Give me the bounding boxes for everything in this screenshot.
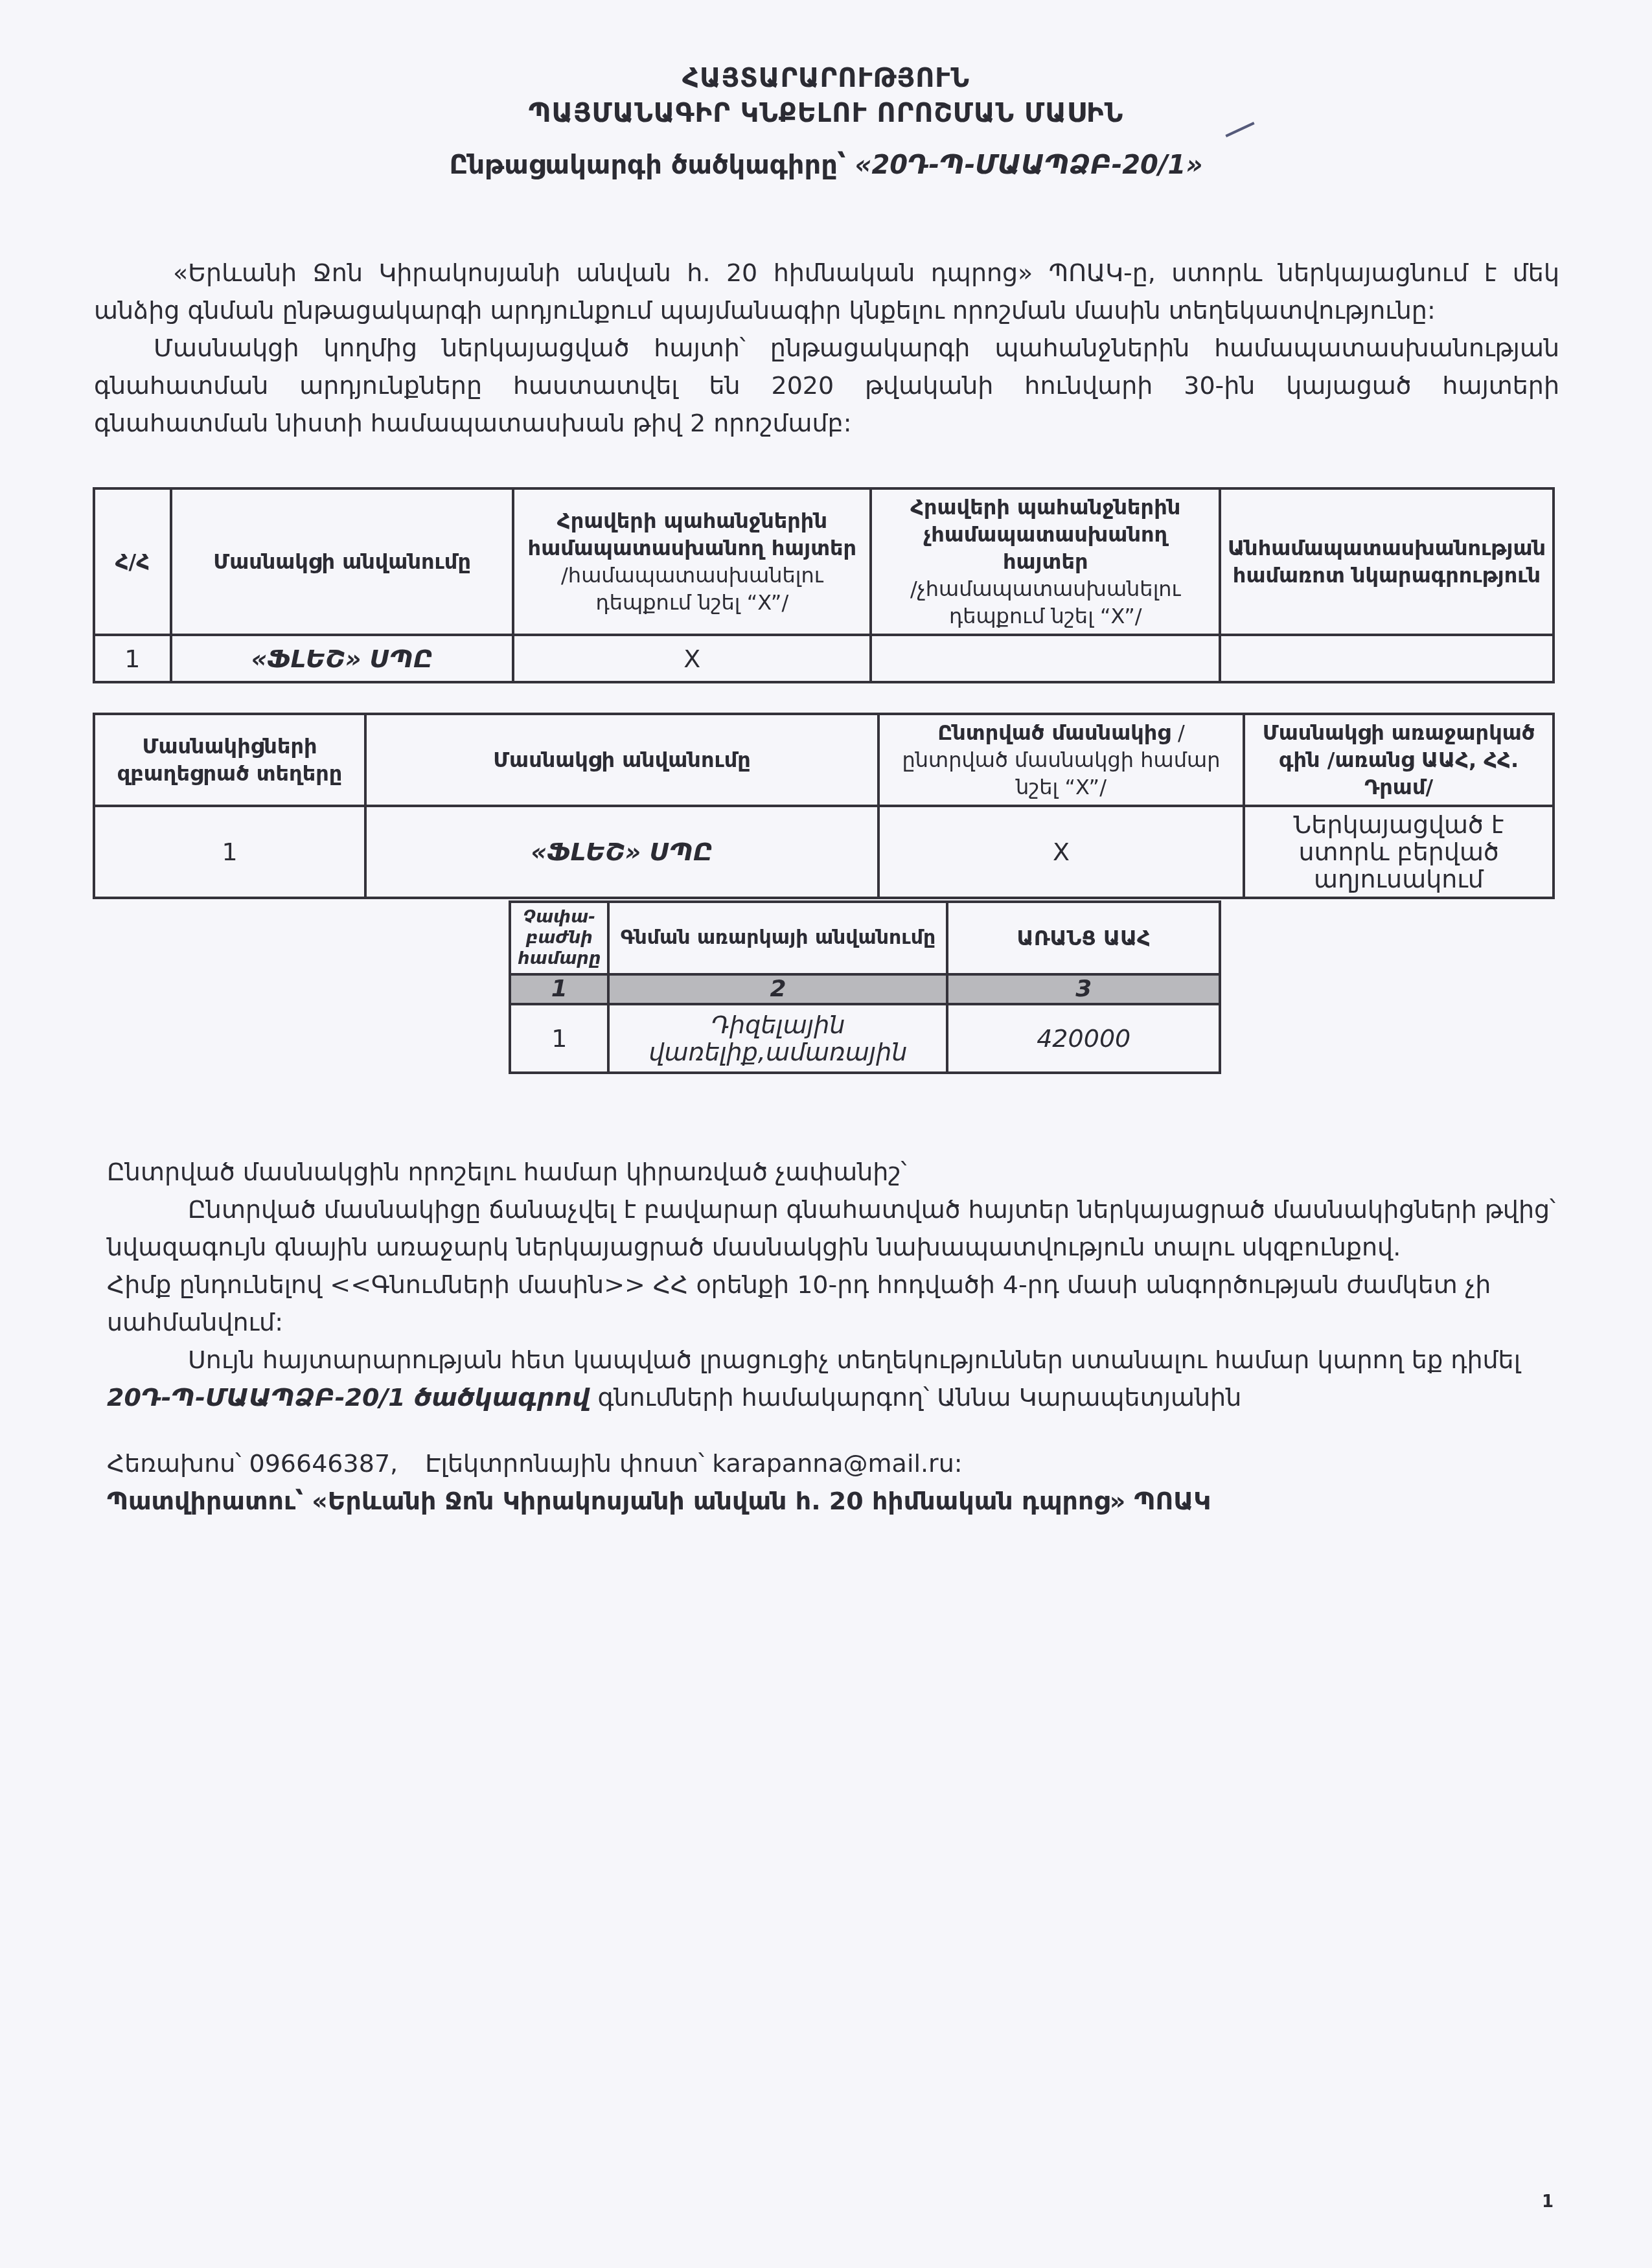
intro-text: «Երևանի Ջոն Կիրակոսյանի անվան հ. 20 հիմն… xyxy=(94,254,1559,442)
procedure-code-label: Ընթացակարգի ծածկագիրը՝ xyxy=(450,150,846,180)
customer-value: «Երևանի Ջոն Կիրակոսյանի անվան հ. 20 հիմն… xyxy=(312,1487,1211,1515)
cell-description xyxy=(1220,635,1554,682)
cell-noncompliant xyxy=(871,635,1220,682)
header-price-no-vat: ԱՌԱՆՑ ԱԱՀ xyxy=(947,902,1220,974)
table-header-row: Մասնակիցների զբաղեցրած տեղերը Մասնակցի ա… xyxy=(94,714,1554,806)
intro-line: գնահատման նիստի համապատասխան թիվ 2 որոշմ… xyxy=(94,404,1559,442)
header-noncompliant-title: Հրավերի պահանջներին չհամապատասխանող հայտ… xyxy=(878,494,1212,575)
cell-lot-number: 1 xyxy=(510,1004,608,1073)
procedure-code-reference: 20Դ-Պ-ՄԱԱՊՁԲ-20/1 ծածկագրով xyxy=(107,1383,590,1412)
table-index-row: 1 2 3 xyxy=(510,974,1220,1004)
header-description: Անհամապատասխանության համառոտ նկարագրությ… xyxy=(1220,488,1554,635)
criteria-line: նվազագույն գնային առաջարկ ներկայացրած մա… xyxy=(107,1228,1558,1266)
header-participant-name: Մասնակցի անվանումը xyxy=(365,714,878,806)
customer-label: Պատվիրատու՝ xyxy=(107,1487,303,1515)
table-header-row: Հ/Հ Մասնակցի անվանումը Հրավերի պահանջներ… xyxy=(94,488,1554,635)
table-row: 1 «ՖԼԵՇ» ՍՊԸ X xyxy=(94,635,1554,682)
cell-participant-name: «ՖԼԵՇ» ՍՊԸ xyxy=(171,635,513,682)
intro-line: Մասնակցի կողմից ներկայացված հայտի՝ ընթաց… xyxy=(94,329,1559,367)
procedure-code-value: «20Դ-Պ-ՄԱԱՊՁԲ-20/1» xyxy=(855,150,1202,180)
criteria-line: Ընտրված մասնակիցը ճանաչվել է բավարար գնա… xyxy=(107,1191,1558,1228)
criteria-line: 20Դ-Պ-ՄԱԱՊՁԲ-20/1 ծածկագրով գնումների հա… xyxy=(107,1379,1558,1416)
header-participant-name: Մասնակցի անվանումը xyxy=(171,488,513,635)
table-row: 1 Դիզելային վառելիք,ամառային 420000 xyxy=(510,1004,1220,1073)
table-row: 1 «ՖԼԵՇ» ՍՊԸ X Ներկայացված է ստորև բերվա… xyxy=(94,806,1554,898)
intro-line: «Երևանի Ջոն Կիրակոսյանի անվան հ. 20 հիմն… xyxy=(94,254,1559,292)
criteria-line: Սույն հայտարարության հետ կապված լրացուցի… xyxy=(107,1341,1558,1379)
header-item-name: Գնման առարկայի անվանումը xyxy=(608,902,947,974)
header-compliant-note: /համապատասխանելու դեպքում նշել “X”/ xyxy=(521,562,863,616)
ranking-table: Մասնակիցների զբաղեցրած տեղերը Մասնակցի ա… xyxy=(93,713,1555,899)
cell-price-note: Ներկայացված է ստորև բերված աղյուսակում xyxy=(1244,806,1554,898)
document-title: ՀԱՅՏԱՐԱՐՈՒԹՅՈՒՆ xyxy=(0,63,1652,93)
criteria-text: Ընտրված մասնակցին որոշելու համար կիրառվա… xyxy=(107,1153,1558,1416)
email-value: karapanna@mail.ru: xyxy=(712,1449,962,1478)
criteria-line: սահմանվում: xyxy=(107,1303,1558,1341)
compliance-table: Հ/Հ Մասնակցի անվանումը Հրավերի պահանջներ… xyxy=(93,487,1555,683)
price-table: Չափա-բաժնի համարը Գնման առարկայի անվանու… xyxy=(509,900,1221,1074)
document-subtitle: ՊԱՅՄԱՆԱԳԻՐ ԿՆՔԵԼՈՒ ՈՐՈՇՄԱՆ ՄԱՍԻՆ xyxy=(0,98,1652,128)
header-number: Հ/Հ xyxy=(94,488,171,635)
header-selected-title: Ընտրված մասնակից xyxy=(937,720,1171,745)
customer-line: Պատվիրատու՝ «Երևանի Ջոն Կիրակոսյանի անվա… xyxy=(107,1482,1558,1520)
index-cell: 3 xyxy=(947,974,1220,1004)
header-compliant-title: Հրավերի պահանջներին համապատասխանող հայտե… xyxy=(521,507,863,562)
cell-number: 1 xyxy=(94,635,171,682)
header-compliant: Հրավերի պահանջներին համապատասխանող հայտե… xyxy=(513,488,871,635)
cell-selected: X xyxy=(878,806,1244,898)
page-number: 1 xyxy=(1542,2192,1554,2212)
cell-item-name: Դիզելային վառելիք,ամառային xyxy=(608,1004,947,1073)
header-noncompliant-note: /չհամապատասխանելու դեպքում նշել “X”/ xyxy=(878,575,1212,630)
intro-line: անձից գնման ընթացակարգի արդյունքում պայմ… xyxy=(94,292,1559,329)
index-cell: 1 xyxy=(510,974,608,1004)
index-cell: 2 xyxy=(608,974,947,1004)
header-noncompliant: Հրավերի պահանջներին չհամապատասխանող հայտ… xyxy=(871,488,1220,635)
cell-compliant: X xyxy=(513,635,871,682)
table-header-row: Չափա-բաժնի համարը Գնման առարկայի անվանու… xyxy=(510,902,1220,974)
header-lot-number: Չափա-բաժնի համարը xyxy=(510,902,608,974)
criteria-line: Ընտրված մասնակցին որոշելու համար կիրառվա… xyxy=(107,1153,1558,1191)
email-label: Էլեկտրոնային փոստ՝ xyxy=(425,1449,704,1478)
header-selected: Ընտրված մասնակից /ընտրված մասնակցի համար… xyxy=(878,714,1244,806)
coordinator-text: գնումների համակարգող՝ Աննա Կարապետյանին xyxy=(597,1383,1241,1412)
phone-value: 096646387, xyxy=(249,1449,398,1478)
cell-participant-name: «ՖԼԵՇ» ՍՊԸ xyxy=(365,806,878,898)
contact-block: Հեռախոս՝ 096646387, Էլեկտրոնային փոստ՝ k… xyxy=(107,1445,1558,1520)
procedure-code: Ընթացակարգի ծածկագիրը՝ «20Դ-Պ-ՄԱԱՊՁԲ-20/… xyxy=(0,150,1652,180)
cell-price: 420000 xyxy=(947,1004,1220,1073)
contact-line: Հեռախոս՝ 096646387, Էլեկտրոնային փոստ՝ k… xyxy=(107,1445,1558,1482)
cell-place: 1 xyxy=(94,806,365,898)
phone-label: Հեռախոս՝ xyxy=(107,1449,241,1478)
criteria-line: Հիմք ընդունելով <<Գնումների մասին>> ՀՀ օ… xyxy=(107,1266,1558,1303)
header-price: Մասնակցի առաջարկած գին /առանց ԱԱՀ, ՀՀ. Դ… xyxy=(1244,714,1554,806)
header-place: Մասնակիցների զբաղեցրած տեղերը xyxy=(94,714,365,806)
intro-line: գնահատման արդյունքները հաստատվել են 2020… xyxy=(94,367,1559,404)
